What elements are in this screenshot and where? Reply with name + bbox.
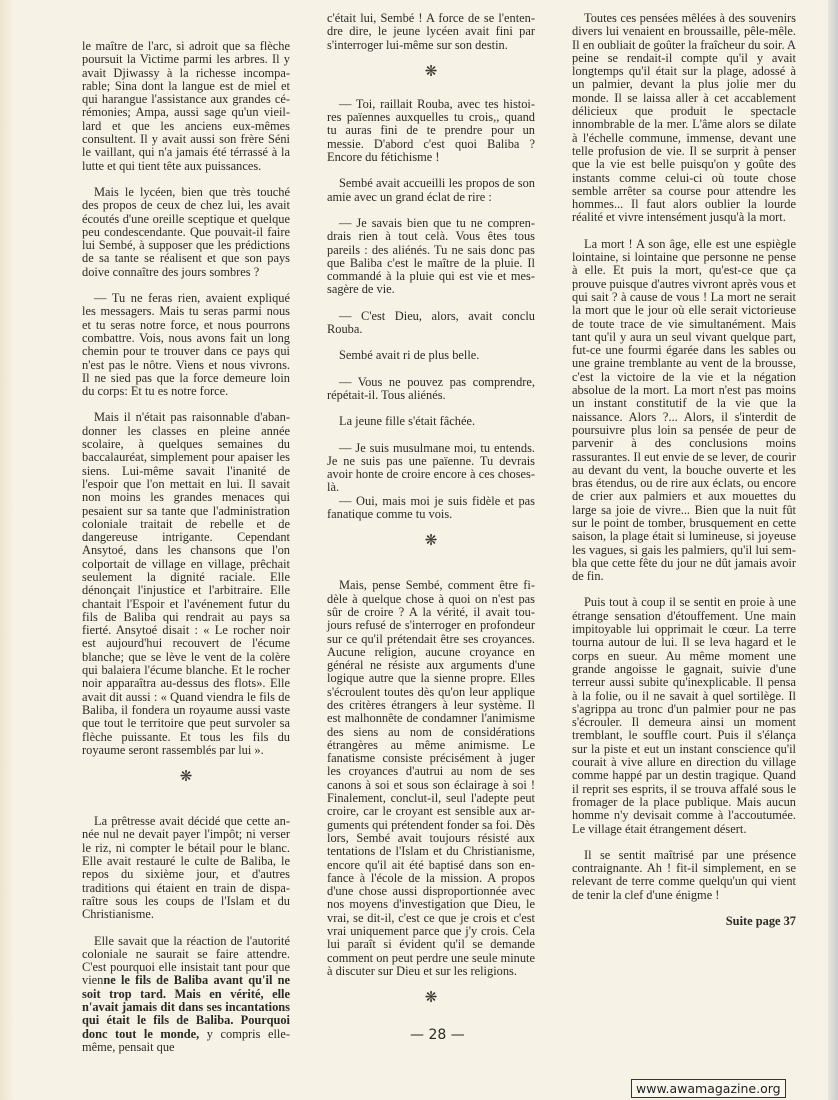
paragraph: Sembé avait ri de plus belle. (327, 349, 535, 362)
paragraph: Mais le lycéen, bien que très touché des… (82, 186, 290, 279)
column-3: Toutes ces pensées mêlées à des souve­ni… (572, 12, 796, 928)
paragraph: — C'est Dieu, alors, avait conclu Rouba. (327, 310, 535, 337)
paragraph: — Toi, raillait Rouba, avec tes histoi­r… (327, 98, 535, 164)
paragraph: La prêtresse avait décidé que cette an­n… (82, 815, 290, 921)
paragraph: Il se sentit maîtrisé par une présence c… (572, 849, 796, 902)
section-separator: ❋ (82, 770, 290, 785)
paragraph: La mort ! A son âge, elle est une es­piè… (572, 238, 796, 584)
page-edge-right (828, 0, 838, 1100)
paragraph: — Vous ne pouvez pas comprendre, répétai… (327, 376, 535, 403)
page-edge-left (0, 0, 14, 1100)
paragraph: c'était lui, Sembé ! A force de se l'ent… (327, 12, 535, 52)
paragraph: — Oui, mais moi je suis fidèle et pas fa… (327, 495, 535, 522)
section-separator: ❋ (327, 65, 535, 80)
section-separator: ❋ (327, 991, 535, 1006)
paragraph: — Tu ne feras rien, avaient expliqué les… (82, 292, 290, 398)
page-number: — 28 — (410, 1027, 465, 1043)
paragraph: Toutes ces pensées mêlées à des souve­ni… (572, 12, 796, 225)
paragraph: — Je suis musulmane moi, tu entends. Je … (327, 442, 535, 495)
paragraph: Mais il n'était pas raisonnable d'aban­d… (82, 411, 290, 757)
column-2: c'était lui, Sembé ! A force de se l'ent… (327, 12, 535, 1024)
column-1: le maître de l'arc, si adroit que sa flè… (82, 40, 290, 1067)
paragraph: le maître de l'arc, si adroit que sa flè… (82, 40, 290, 173)
paragraph: La jeune fille s'était fâchée. (327, 415, 535, 428)
paragraph: Mais, pense Sembé, comment être fi­dèle … (327, 579, 535, 978)
paragraph: Sembé avait accueilli les propos de son … (327, 177, 535, 204)
paragraph: Elle savait que la réaction de l'autorit… (82, 935, 290, 1055)
paragraph: — Je savais bien que tu ne compren­drais… (327, 217, 535, 297)
section-separator: ❋ (327, 534, 535, 549)
website-watermark: www.awamagazine.org (631, 1079, 786, 1098)
paragraph: Puis tout à coup il se sentit en proie à… (572, 596, 796, 835)
continued-note: Suite page 37 (572, 915, 796, 928)
